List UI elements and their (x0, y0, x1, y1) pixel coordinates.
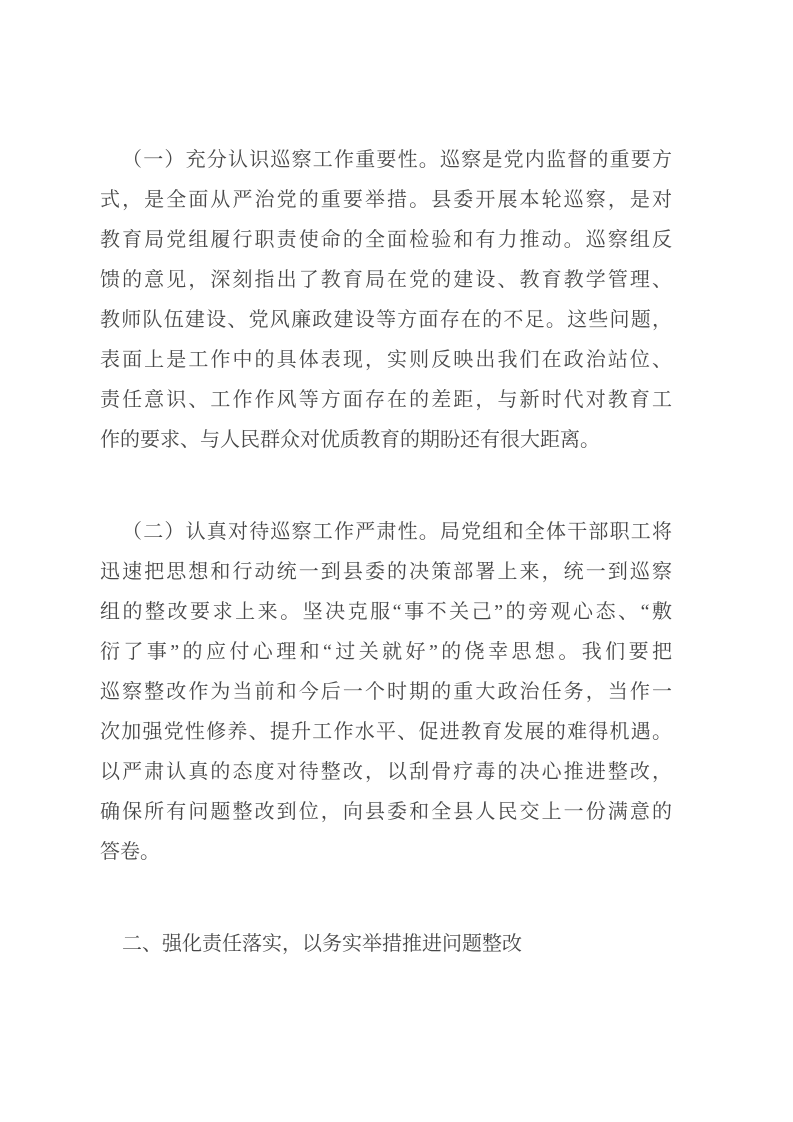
section-heading: 二、强化责任落实，以务实举措推进问题整改 (100, 924, 672, 964)
text-line: 答卷。 (100, 832, 672, 872)
text-line: 责任意识、工作作风等方面存在的差距，与新时代对教育工 (100, 380, 672, 420)
text-line: 组的整改要求上来。坚决克服“事不关己”的旁观心态、“敷 (100, 592, 672, 632)
text-line: 教师队伍建设、党风廉政建设等方面存在的不足。这些问题， (100, 300, 672, 340)
paragraph-1: （一）充分认识巡察工作重要性。巡察是党内监督的重要方 式，是全面从严治党的重要举… (100, 140, 672, 460)
text-line: 表面上是工作中的具体表现，实则反映出我们在政治站位、 (100, 340, 672, 380)
text-line: 作的要求、与人民群众对优质教育的期盼还有很大距离。 (100, 420, 672, 460)
text-line: 巡察整改作为当前和今后一个时期的重大政治任务，当作一 (100, 672, 672, 712)
text-line: （二）认真对待巡察工作严肃性。局党组和全体干部职工将 (100, 512, 672, 552)
paragraph-2: （二）认真对待巡察工作严肃性。局党组和全体干部职工将 迅速把思想和行动统一到县委… (100, 512, 672, 872)
text-line: 衍了事”的应付心理和“过关就好”的侥幸思想。我们要把 (100, 632, 672, 672)
text-line: 以严肃认真的态度对待整改，以刮骨疗毒的决心推进整改， (100, 752, 672, 792)
text-line: （一）充分认识巡察工作重要性。巡察是党内监督的重要方 (100, 140, 672, 180)
document-page: （一）充分认识巡察工作重要性。巡察是党内监督的重要方 式，是全面从严治党的重要举… (0, 0, 793, 1122)
text-line: 迅速把思想和行动统一到县委的决策部署上来，统一到巡察 (100, 552, 672, 592)
text-line: 馈的意见，深刻指出了教育局在党的建设、教育教学管理、 (100, 260, 672, 300)
text-line: 确保所有问题整改到位，向县委和全县人民交上一份满意的 (100, 792, 672, 832)
text-line: 次加强党性修养、提升工作水平、促进教育发展的难得机遇。 (100, 712, 672, 752)
text-line: 式，是全面从严治党的重要举措。县委开展本轮巡察，是对 (100, 180, 672, 220)
text-line: 教育局党组履行职责使命的全面检验和有力推动。巡察组反 (100, 220, 672, 260)
document-content: （一）充分认识巡察工作重要性。巡察是党内监督的重要方 式，是全面从严治党的重要举… (100, 140, 672, 964)
